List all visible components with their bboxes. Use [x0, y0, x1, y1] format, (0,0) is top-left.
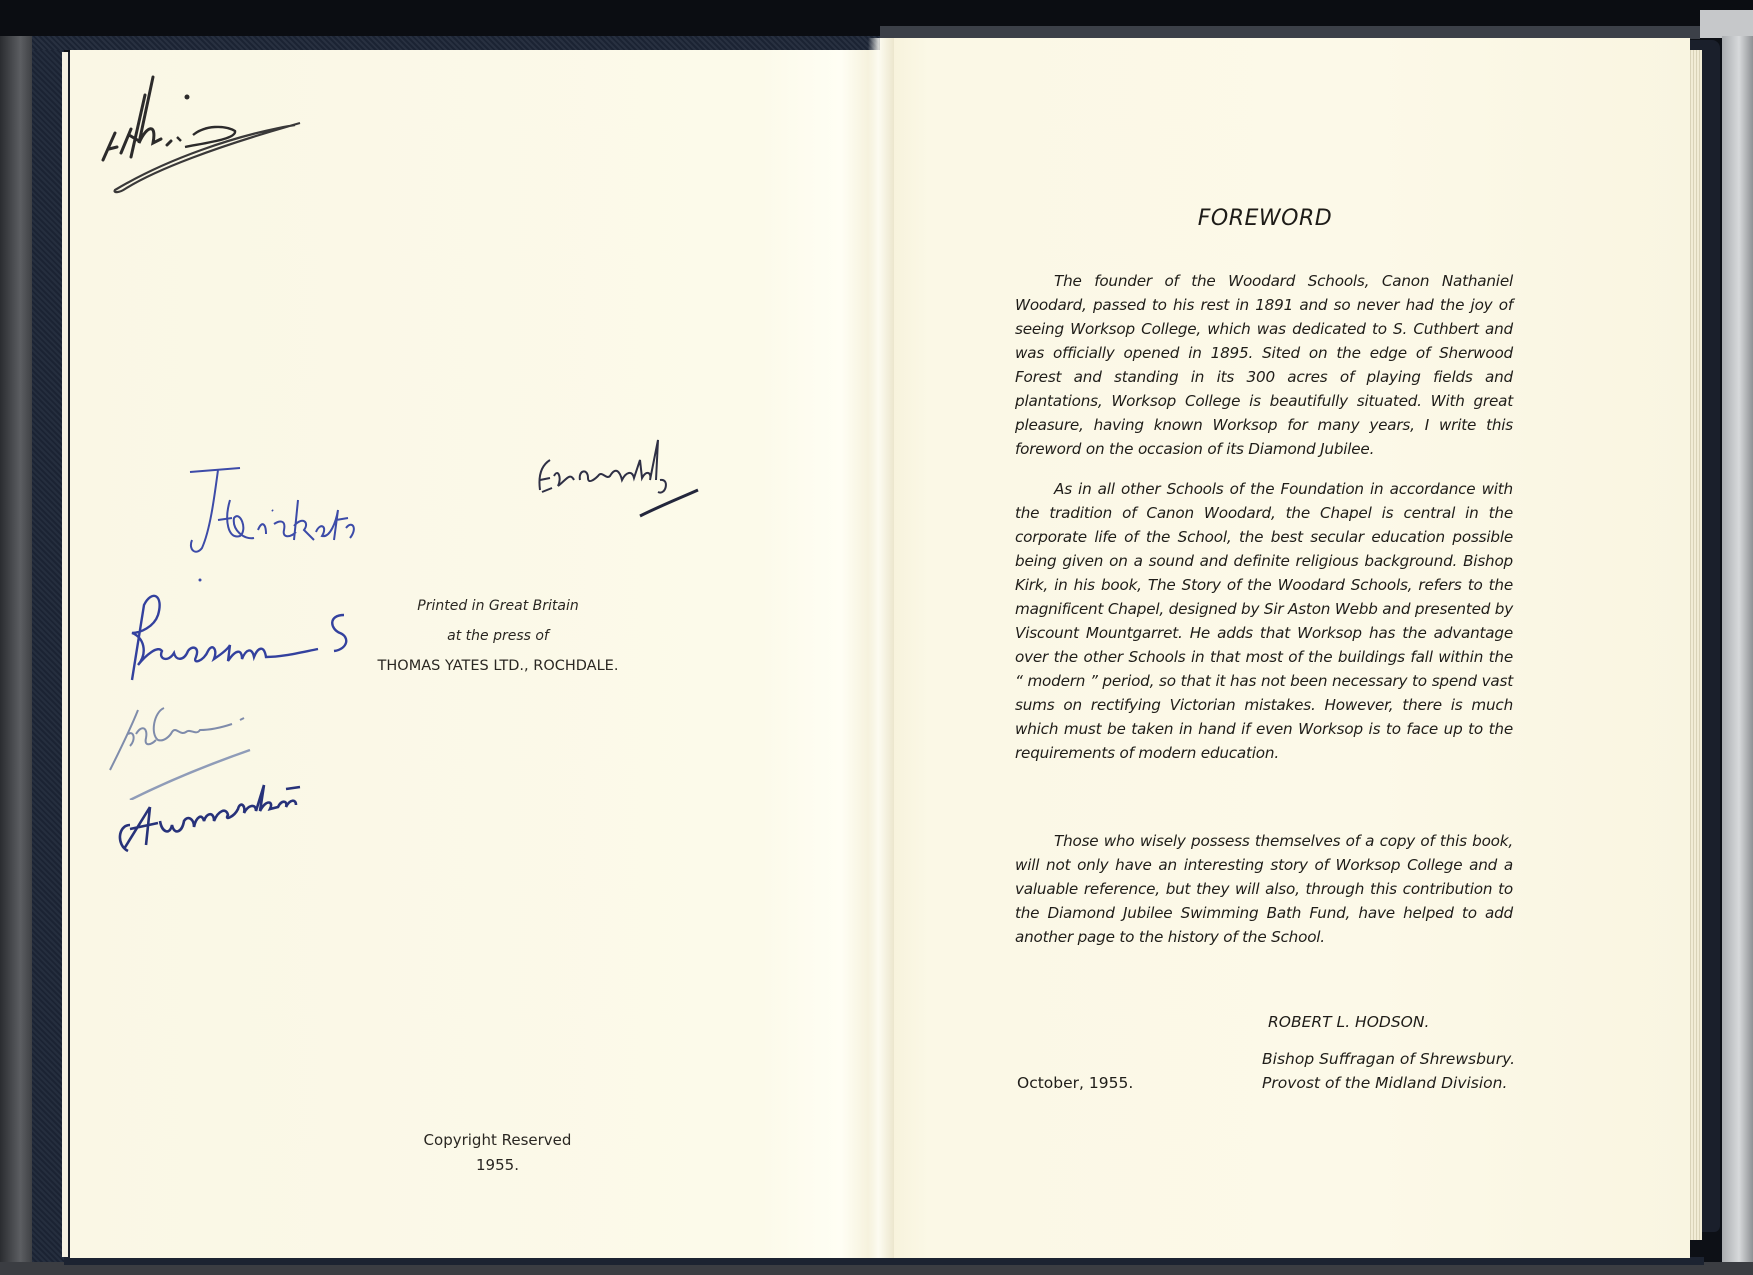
imprint-line-1: Printed in Great Britain — [372, 598, 624, 614]
imprint-printed-in: Printed in Great Britain — [417, 598, 578, 614]
copyright-year: 1955. — [410, 1156, 585, 1174]
author-title-2: Provost of the Midland Division. — [1262, 1074, 1507, 1092]
signature-4 — [118, 585, 378, 685]
foreword-title: FOREWORD — [1100, 206, 1430, 231]
flyleaf-edge — [62, 52, 70, 1257]
book-gutter — [868, 38, 894, 1258]
foreword-paragraph-3: Those who wisely possess themselves of a… — [1015, 829, 1513, 949]
book-cover-top — [32, 36, 880, 50]
imprint-line-2: at the press of — [372, 628, 624, 644]
book-cover-bottom — [64, 1257, 1704, 1265]
book-cover-left — [32, 36, 64, 1262]
copyright-notice: Copyright Reserved — [410, 1131, 585, 1149]
signature-6 — [110, 745, 360, 865]
imprint-printer-name: THOMAS YATES LTD., ROCHDALE. — [372, 658, 624, 674]
scanner-background-left — [0, 36, 34, 1275]
foreword-date: October, 1955. — [1017, 1074, 1133, 1092]
scanner-background-strip — [1700, 10, 1753, 38]
signature-2 — [170, 460, 390, 600]
signature-3 — [530, 420, 710, 520]
author-name: ROBERT L. HODSON. — [1268, 1013, 1429, 1031]
scanner-background-right — [1722, 36, 1753, 1275]
signature-1 — [95, 65, 325, 200]
foreword-paragraph-2: As in all other Schools of the Foundatio… — [1015, 477, 1513, 765]
page-block-edges — [1688, 50, 1702, 1240]
foreword-paragraph-1: The founder of the Woodard Schools, Cano… — [1015, 269, 1513, 461]
imprint-press-of: at the press of — [447, 628, 549, 644]
author-title-1: Bishop Suffragan of Shrewsbury. — [1262, 1050, 1515, 1068]
